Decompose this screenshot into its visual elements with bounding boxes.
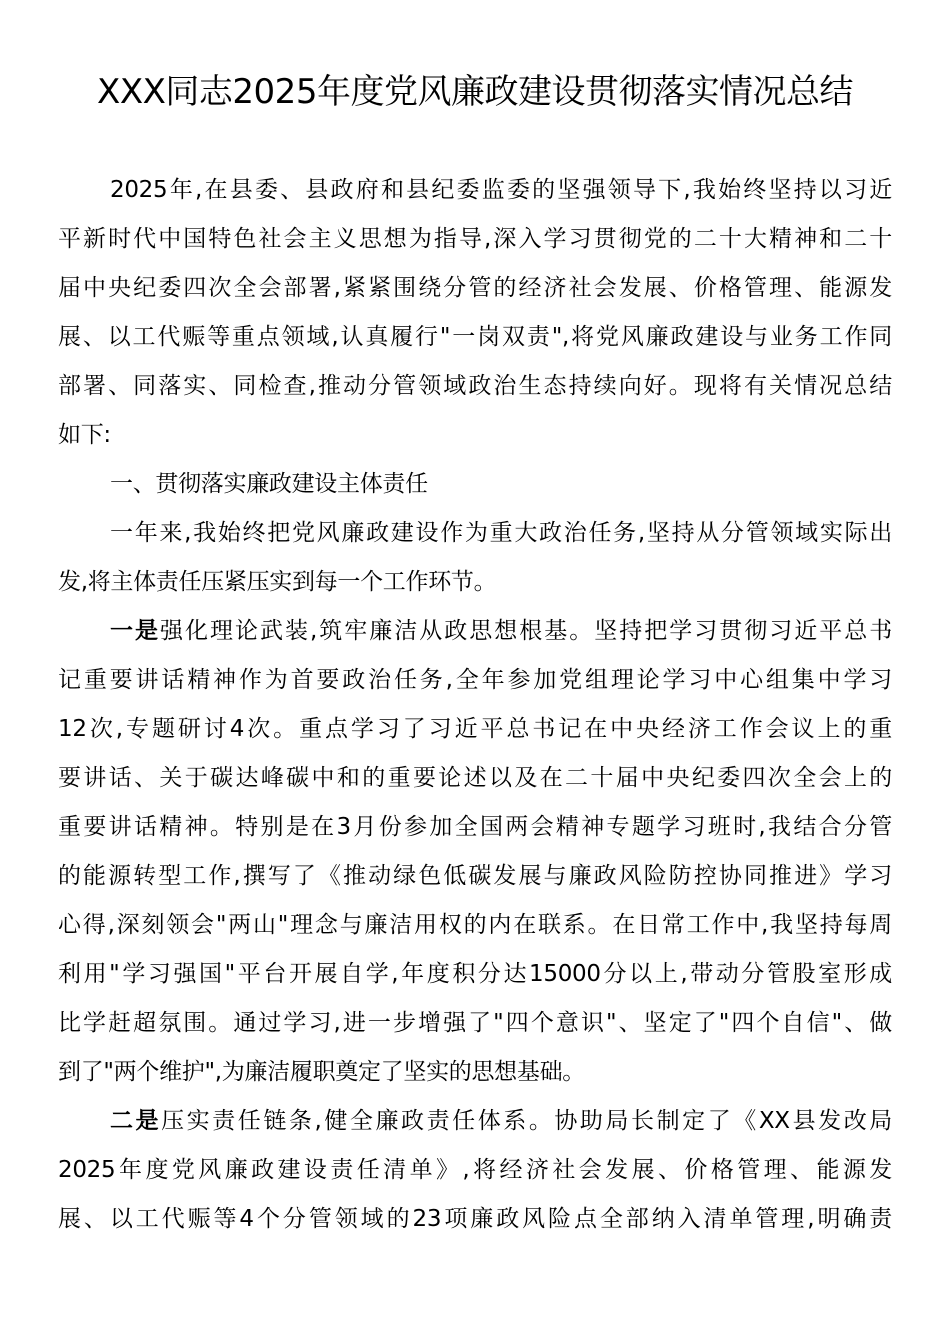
point-text: 压实责任链条,健全廉政责任体系。协助局长制定了《XX县发改局 [161, 1108, 892, 1134]
text-line: 到了"两个维护",为廉洁履职奠定了坚实的思想基础。 [58, 1048, 892, 1097]
text-line: 2025年度党风廉政建设责任清单》,将经济社会发展、价格管理、能源发 [58, 1146, 892, 1195]
text-line: 发,将主体责任压紧压实到每一个工作环节。 [58, 558, 892, 607]
text-line: 2025年,在县委、县政府和县纪委监委的坚强领导下,我始终坚持以习近 [58, 166, 892, 215]
text-line: 一年来,我始终把党风廉政建设作为重大政治任务,坚持从分管领域实际出 [58, 509, 892, 558]
document-body: 2025年,在县委、县政府和县纪委监委的坚强领导下,我始终坚持以习近 平新时代中… [58, 166, 892, 1244]
text-line: 部署、同落实、同检查,推动分管领域政治生态持续向好。现将有关情况总结 [58, 362, 892, 411]
text-line: 的能源转型工作,撰写了《推动绿色低碳发展与廉政风险防控协同推进》学习 [58, 852, 892, 901]
text-line: 展、以工代赈等4个分管领域的23项廉政风险点全部纳入清单管理,明确责 [58, 1195, 892, 1244]
point-lead: 一是 [110, 618, 160, 644]
text-line: 比学赶超氛围。通过学习,进一步增强了"四个意识"、坚定了"四个自信"、做 [58, 999, 892, 1048]
section-heading: 一、贯彻落实廉政建设主体责任 [58, 460, 892, 509]
text-line: 平新时代中国特色社会主义思想为指导,深入学习贯彻党的二十大精神和二十 [58, 215, 892, 264]
point-two-paragraph: 二是压实责任链条,健全廉政责任体系。协助局长制定了《XX县发改局 2025年度党… [58, 1097, 892, 1244]
text-line: 如下: [58, 411, 892, 460]
text-line: 要讲话、关于碳达峰碳中和的重要论述以及在二十届中央纪委四次全会上的 [58, 754, 892, 803]
point-text: 强化理论武装,筑牢廉洁从政思想根基。坚持把学习贯彻习近平总书 [160, 618, 892, 644]
document-page: XXX同志2025年度党风廉政建设贯彻落实情况总结 2025年,在县委、县政府和… [0, 0, 950, 1344]
section-intro-paragraph: 一年来,我始终把党风廉政建设作为重大政治任务,坚持从分管领域实际出 发,将主体责… [58, 509, 892, 607]
text-line: 展、以工代赈等重点领域,认真履行"一岗双责",将党风廉政建设与业务工作同 [58, 313, 892, 362]
text-line: 利用"学习强国"平台开展自学,年度积分达15000分以上,带动分管股室形成 [58, 950, 892, 999]
text-line: 记重要讲话精神作为首要政治任务,全年参加党组理论学习中心组集中学习 [58, 656, 892, 705]
point-lead: 二是 [110, 1108, 161, 1134]
section-heading-text: 一、贯彻落实廉政建设主体责任 [58, 460, 892, 509]
text-line: 12次,专题研讨4次。重点学习了习近平总书记在中央经济工作会议上的重 [58, 705, 892, 754]
text-line: 二是压实责任链条,健全廉政责任体系。协助局长制定了《XX县发改局 [58, 1097, 892, 1146]
document-title: XXX同志2025年度党风廉政建设贯彻落实情况总结 [0, 68, 950, 116]
point-one-paragraph: 一是强化理论武装,筑牢廉洁从政思想根基。坚持把学习贯彻习近平总书 记重要讲话精神… [58, 607, 892, 1097]
text-line: 重要讲话精神。特别是在3月份参加全国两会精神专题学习班时,我结合分管 [58, 803, 892, 852]
text-line: 心得,深刻领会"两山"理念与廉洁用权的内在联系。在日常工作中,我坚持每周 [58, 901, 892, 950]
text-line: 届中央纪委四次全会部署,紧紧围绕分管的经济社会发展、价格管理、能源发 [58, 264, 892, 313]
text-line: 一是强化理论武装,筑牢廉洁从政思想根基。坚持把学习贯彻习近平总书 [58, 607, 892, 656]
intro-paragraph: 2025年,在县委、县政府和县纪委监委的坚强领导下,我始终坚持以习近 平新时代中… [58, 166, 892, 460]
